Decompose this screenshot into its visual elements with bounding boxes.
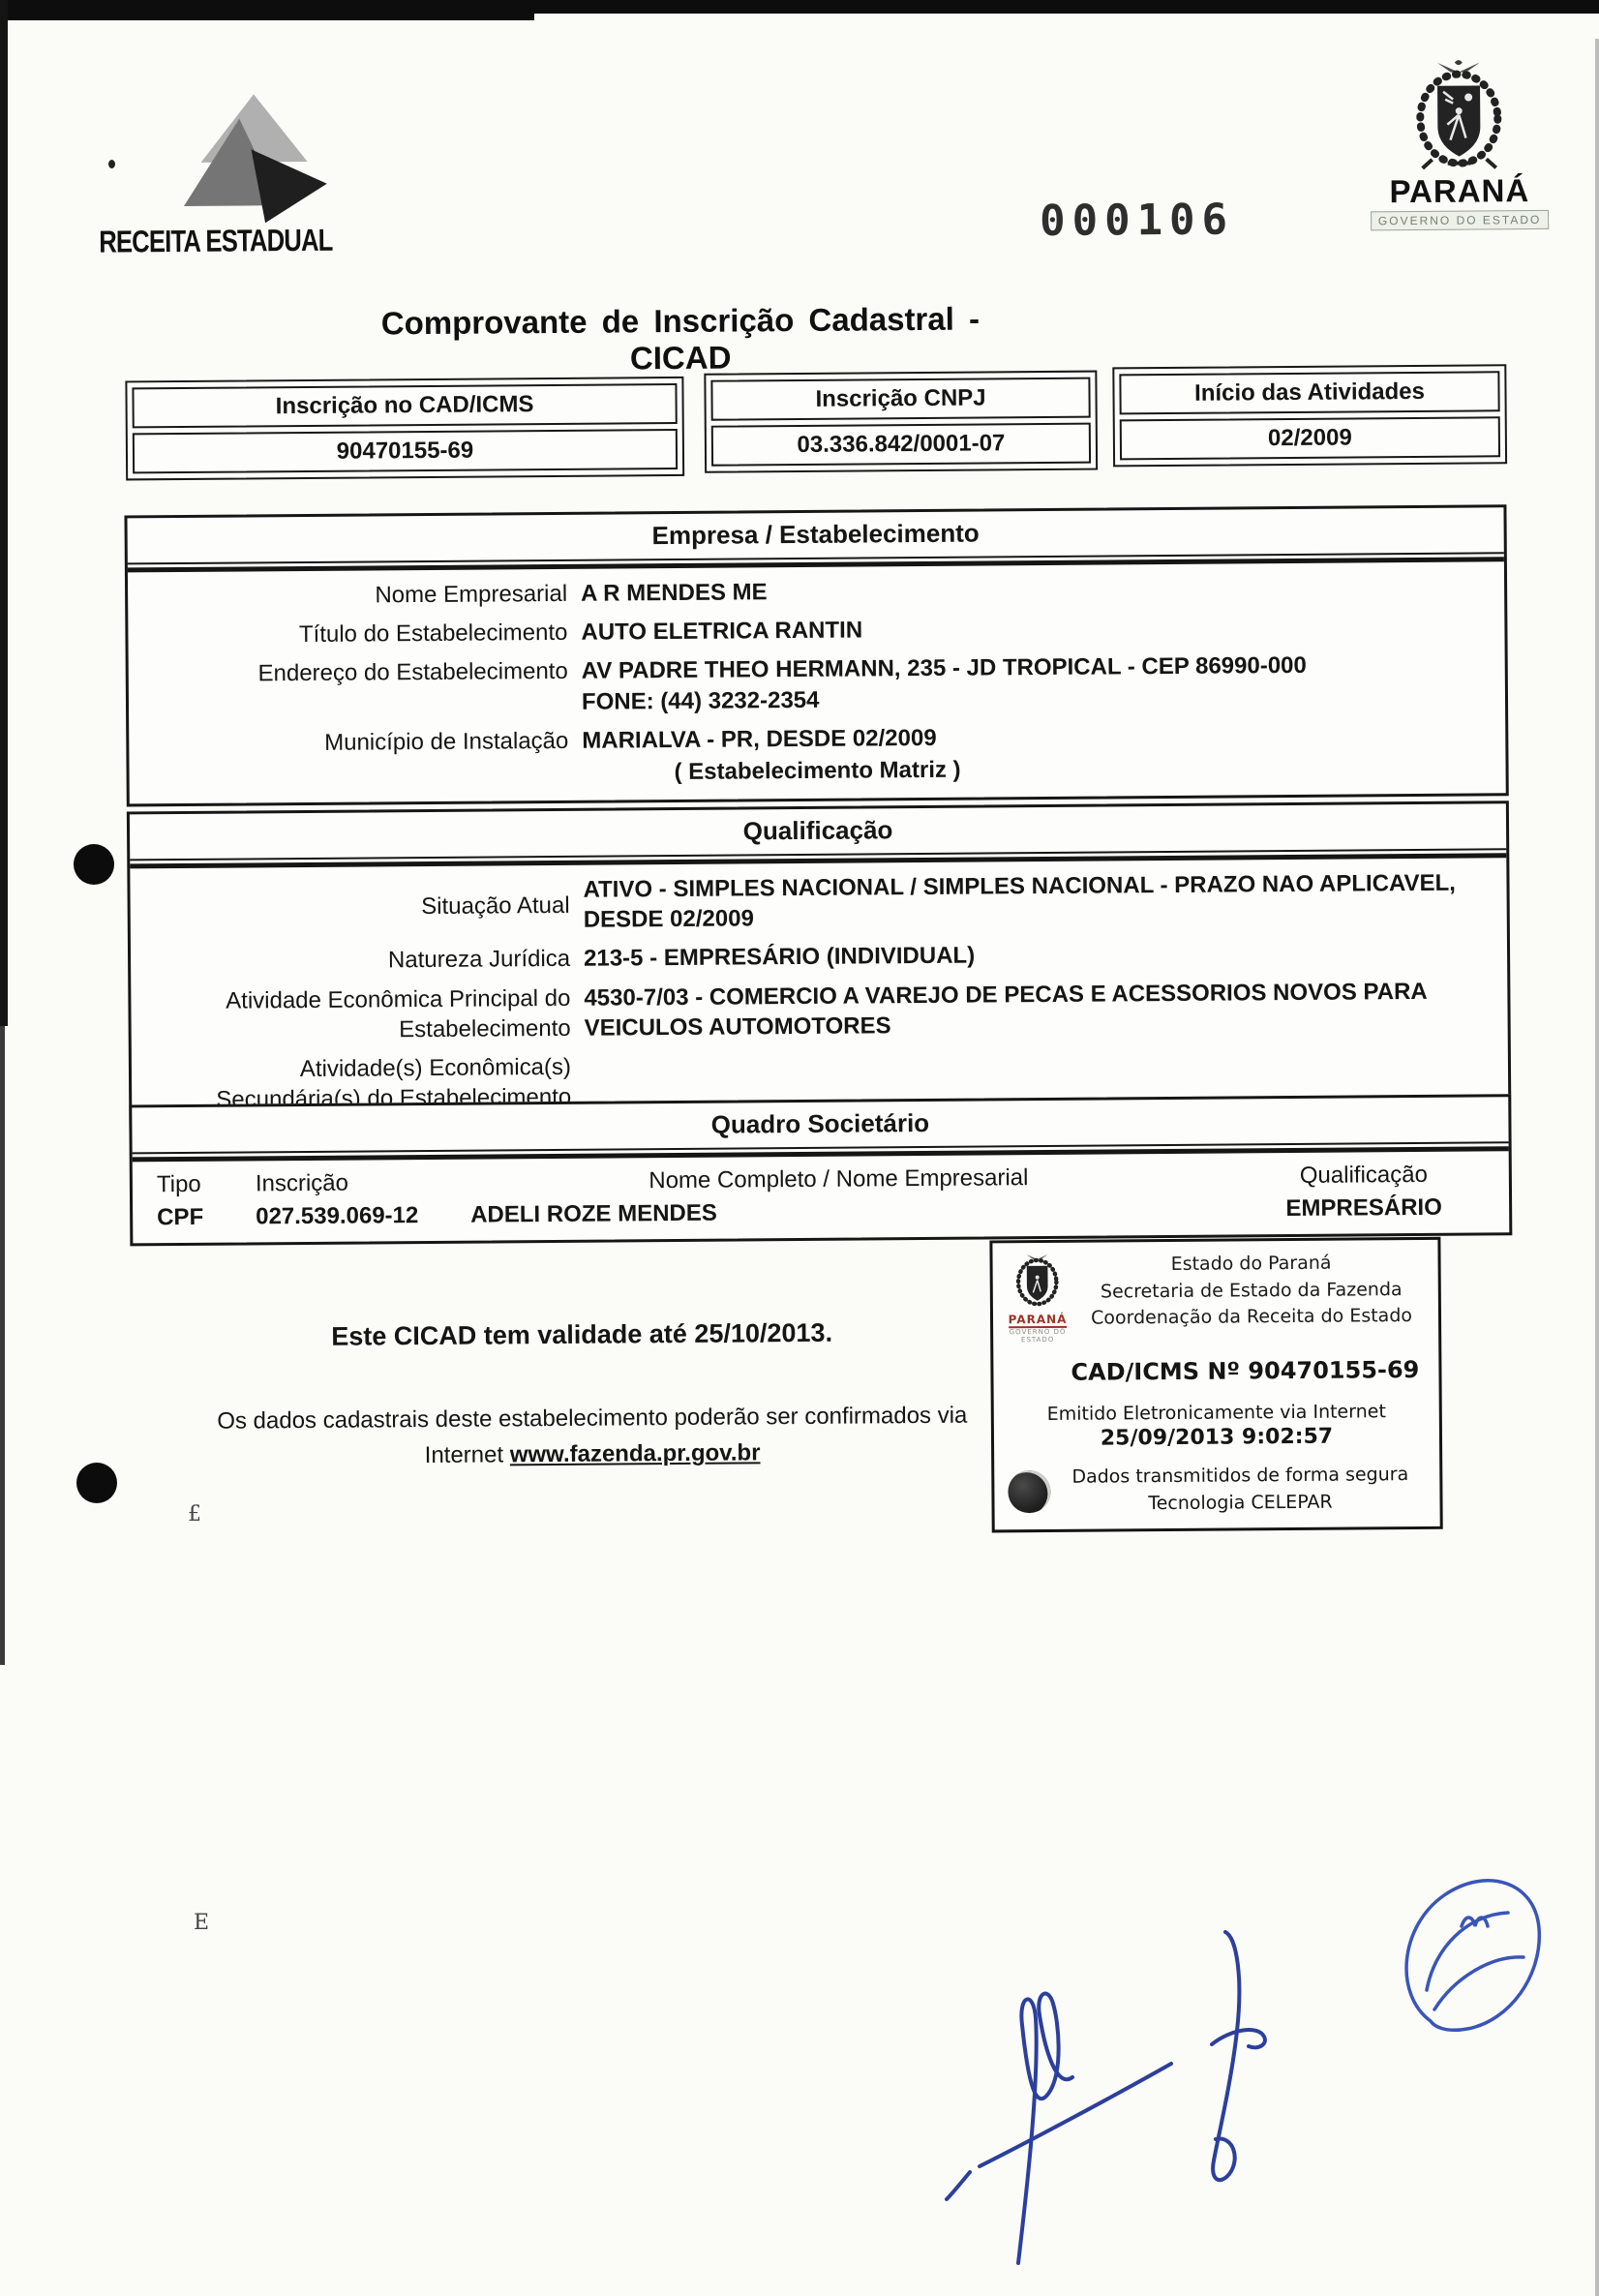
signature-loop bbox=[1212, 2030, 1265, 2047]
signature-ellipse-scribble bbox=[1427, 1913, 1508, 1990]
signature-flourish bbox=[980, 2064, 1171, 2166]
signature-loop bbox=[1213, 1932, 1239, 2180]
signature-ellipse-scribble bbox=[1462, 1918, 1488, 1926]
signature-ellipse-scribble bbox=[1434, 1957, 1524, 2009]
signature-flourish bbox=[947, 2172, 970, 2199]
handwritten-signatures bbox=[0, 0, 1599, 2296]
signature-flourish bbox=[1018, 1994, 1072, 2263]
signature-ellipse-scribble bbox=[1406, 1881, 1539, 2030]
